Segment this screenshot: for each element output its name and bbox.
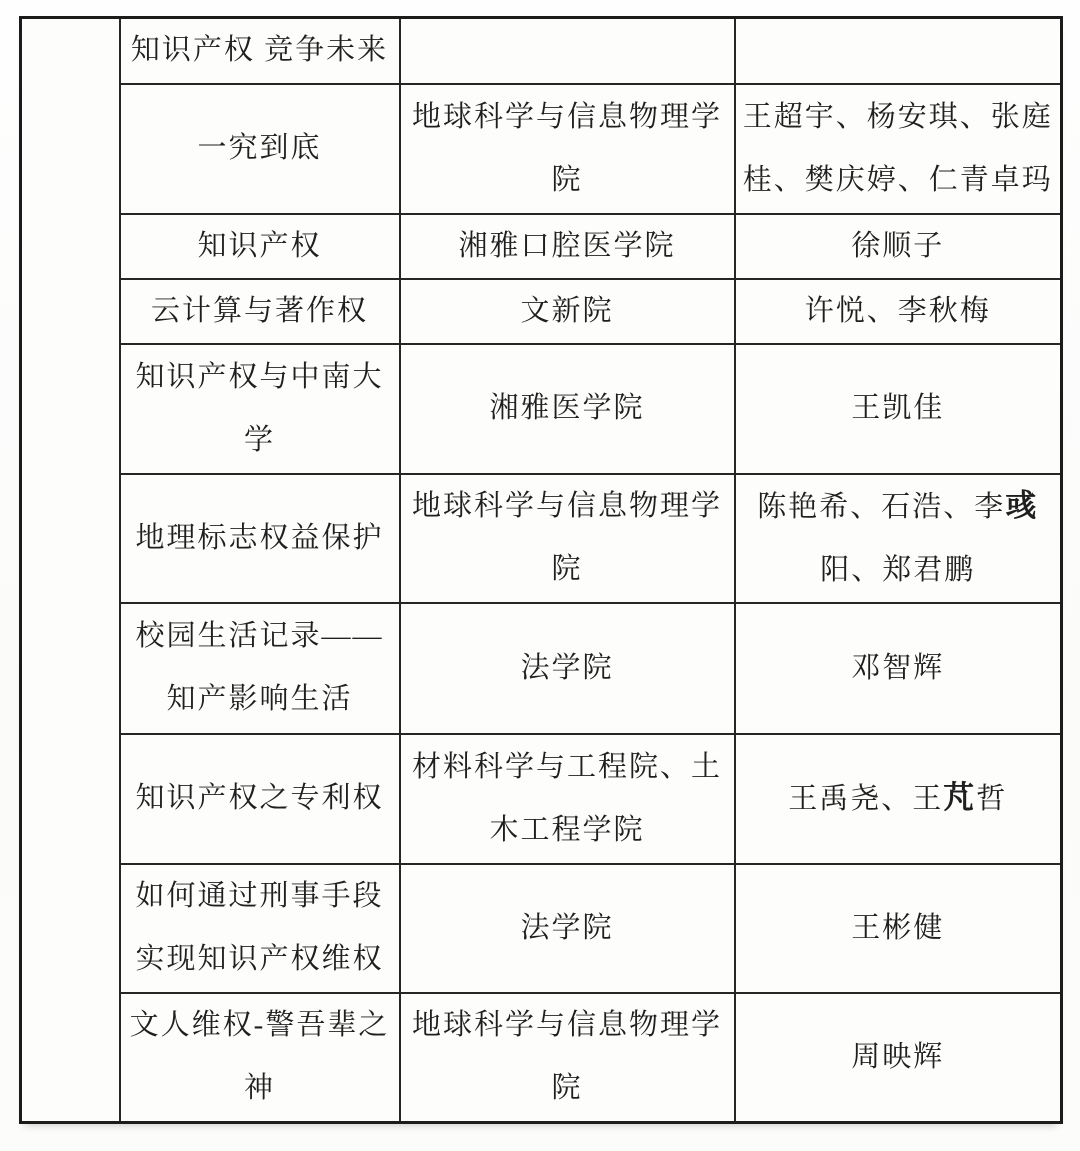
- category-cell: [21, 18, 120, 1123]
- authors-text: 王禹尧、王: [788, 783, 943, 815]
- authors-cell: 王凯佳: [735, 344, 1062, 474]
- table-row: 知识产权之专利权 材料科学与工程院、土 木工程学院 王禹尧、王芃哲: [21, 734, 1062, 864]
- college-cell: 文新院: [400, 279, 735, 344]
- table-row: 如何通过刑事手段 实现知识产权维权 法学院 王彬健: [21, 864, 1062, 993]
- authors-cell: 周映辉: [735, 993, 1062, 1123]
- college-cell: 地球科学与信息物理学 院: [400, 993, 735, 1123]
- work-title-cell: 知识产权与中南大 学: [120, 344, 400, 474]
- authors-cell: 王禹尧、王芃哲: [735, 734, 1062, 864]
- authors-cell: 王彬健: [735, 864, 1062, 993]
- document-page: 知识产权 竞争未来 一究到底 地球科学与信息物理学 院 王超宇、杨安琪、张庭 桂…: [0, 0, 1080, 1151]
- authors-cell: 徐顺子: [735, 214, 1062, 279]
- authors-text-bold: 彧: [1005, 488, 1038, 524]
- work-title-cell: 知识产权: [120, 214, 400, 279]
- college-cell: 地球科学与信息物理学 院: [400, 84, 735, 214]
- work-title-cell: 云计算与著作权: [120, 279, 400, 344]
- work-title-cell: 地理标志权益保护: [120, 474, 400, 603]
- table-row: 知识产权 湘雅口腔医学院 徐顺子: [21, 214, 1062, 279]
- college-cell: 法学院: [400, 864, 735, 993]
- college-cell: 湘雅医学院: [400, 344, 735, 474]
- college-cell: [400, 18, 735, 84]
- work-title-cell: 文人维权-警吾辈之 神: [120, 993, 400, 1123]
- table-row: 知识产权 竞争未来: [21, 18, 1062, 84]
- work-title-cell: 一究到底: [120, 84, 400, 214]
- college-cell: 材料科学与工程院、土 木工程学院: [400, 734, 735, 864]
- table-row: 校园生活记录—— 知产影响生活 法学院 邓智辉: [21, 603, 1062, 734]
- authors-text: 阳、郑君鹏: [820, 554, 975, 586]
- table-row: 知识产权与中南大 学 湘雅医学院 王凯佳: [21, 344, 1062, 474]
- authors-cell: [735, 18, 1062, 84]
- authors-text: 哲: [976, 783, 1007, 815]
- table-row: 云计算与著作权 文新院 许悦、李秋梅: [21, 279, 1062, 344]
- authors-cell: 邓智辉: [735, 603, 1062, 734]
- authors-cell: 陈艳希、石浩、李彧 阳、郑君鹏: [735, 474, 1062, 603]
- authors-text: 陈艳希、石浩、李: [757, 491, 1005, 523]
- table-row: 文人维权-警吾辈之 神 地球科学与信息物理学 院 周映辉: [21, 993, 1062, 1123]
- college-cell: 法学院: [400, 603, 735, 734]
- work-title-cell: 知识产权之专利权: [120, 734, 400, 864]
- authors-text-bold: 芃: [943, 780, 976, 816]
- college-cell: 地球科学与信息物理学 院: [400, 474, 735, 603]
- work-title-cell: 知识产权 竞争未来: [120, 18, 400, 84]
- work-title-cell: 校园生活记录—— 知产影响生活: [120, 603, 400, 734]
- authors-cell: 王超宇、杨安琪、张庭 桂、樊庆婷、仁青卓玛: [735, 84, 1062, 214]
- table-row: 地理标志权益保护 地球科学与信息物理学 院 陈艳希、石浩、李彧 阳、郑君鹏: [21, 474, 1062, 603]
- award-table: 知识产权 竞争未来 一究到底 地球科学与信息物理学 院 王超宇、杨安琪、张庭 桂…: [19, 16, 1063, 1124]
- authors-cell: 许悦、李秋梅: [735, 279, 1062, 344]
- work-title-cell: 如何通过刑事手段 实现知识产权维权: [120, 864, 400, 993]
- table-row: 一究到底 地球科学与信息物理学 院 王超宇、杨安琪、张庭 桂、樊庆婷、仁青卓玛: [21, 84, 1062, 214]
- college-cell: 湘雅口腔医学院: [400, 214, 735, 279]
